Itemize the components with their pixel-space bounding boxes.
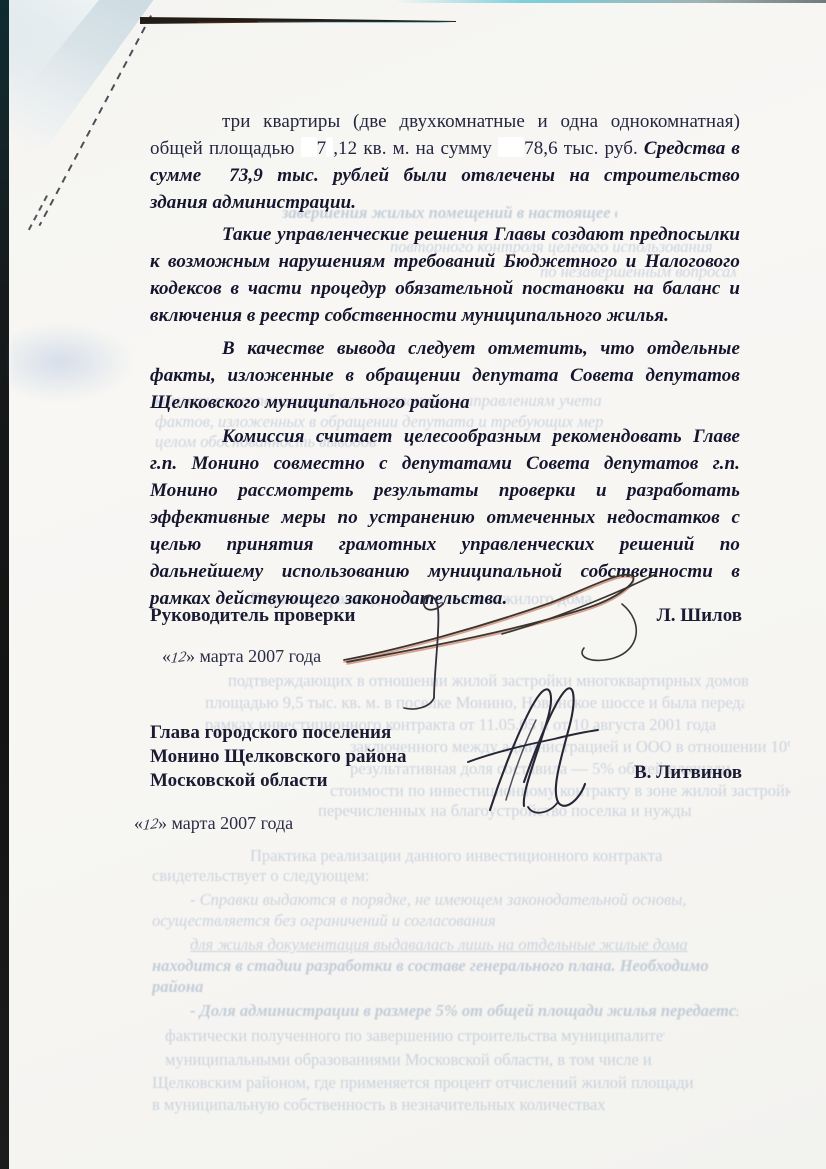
head-date: «12» марта 2007 года: [134, 813, 293, 834]
signature-v-litvinov: [462, 680, 607, 820]
head-title-line3: Московской области: [150, 769, 406, 793]
handwritten-day: 12: [142, 816, 159, 835]
whiteout-patch: [301, 137, 317, 156]
head-title-block: Глава городского поселения Монино Щелков…: [150, 721, 406, 793]
document-content: три квартиры (две двухкомнатные и одна о…: [0, 0, 826, 1169]
inspector-date: «12» марта 2007 года: [162, 646, 321, 667]
para1-area-number: 7: [317, 138, 327, 159]
head-title-line1: Глава городского поселения: [150, 721, 406, 745]
inspector-name: Л. Шилов: [657, 605, 742, 627]
paragraph-management-decisions: Такие управленческие решения Главы созда…: [150, 221, 740, 329]
handwritten-day: 12: [170, 649, 187, 668]
head-title-line2: Монино Щелковского района: [150, 745, 406, 769]
paragraph-apartments: три квартиры (две двухкомнатные и одна о…: [150, 108, 740, 216]
para1-bold-sum: 73,9: [229, 165, 263, 186]
para1-area-suffix: ,12 кв. м. на сумму: [333, 138, 492, 159]
date-text: » марта 2007 года: [158, 813, 293, 833]
scanned-document-page: завершения жилых помещений в настоящее в…: [0, 0, 826, 1169]
head-name: В. Литвинов: [634, 762, 742, 784]
date-text: » марта 2007 года: [186, 646, 321, 666]
whiteout-patch: [498, 137, 524, 156]
paragraph-conclusion: В качестве вывода следует отметить, что …: [150, 335, 740, 416]
para1-sum: 78,6 тыс. руб.: [524, 138, 638, 159]
